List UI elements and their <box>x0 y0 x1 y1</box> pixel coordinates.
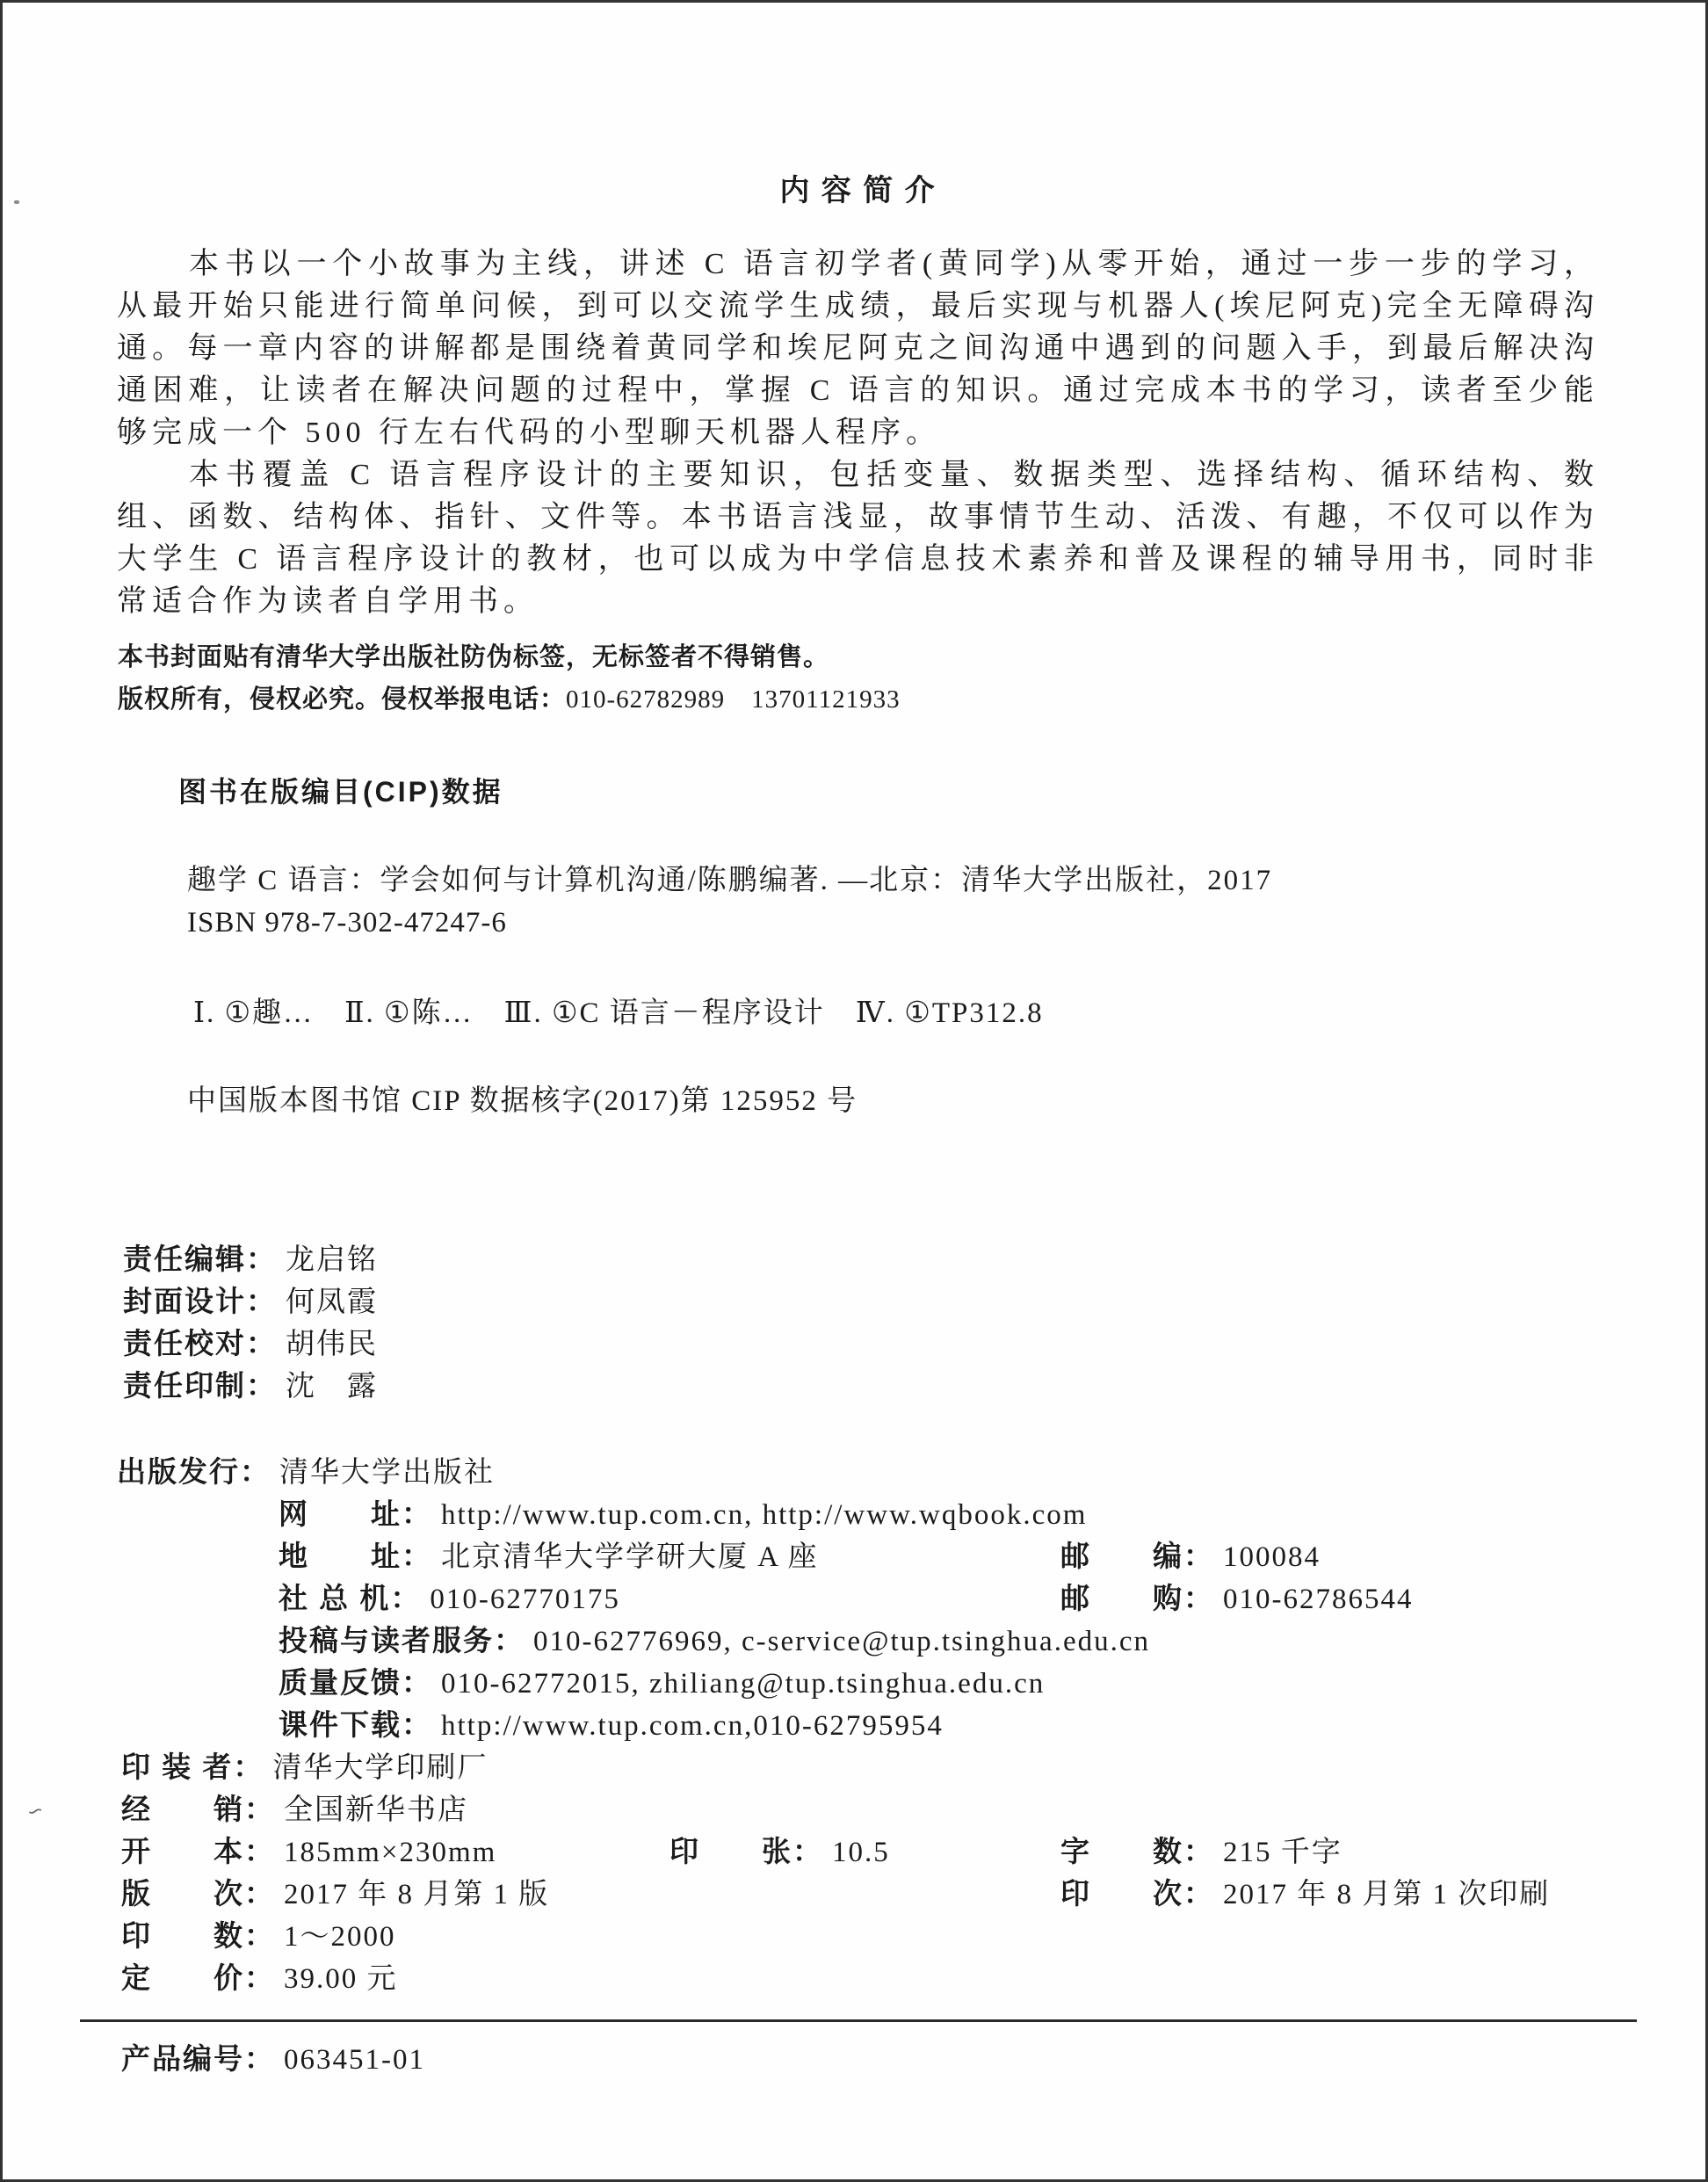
print-run-label: 印 数： <box>121 1919 275 1952</box>
mail-order-phone: 010-62786544 <box>1223 1584 1414 1615</box>
impression-label: 印 次： <box>1060 1877 1214 1910</box>
isbn-number: ISBN 978-7-302-47247-6 <box>187 902 507 944</box>
format-value: 185mm×230mm <box>284 1837 496 1868</box>
editor-label: 责任编辑： <box>123 1243 277 1275</box>
intro-paragraph-2: 本书覆盖 C 语言程序设计的主要知识，包括变量、数据类型、选择结构、循环结构、数… <box>117 454 1599 623</box>
courseware-download-label: 课件下载： <box>279 1708 432 1741</box>
editor-name: 龙启铭 <box>286 1244 378 1276</box>
switchboard-row: 社 总 机：010-62770175 <box>279 1577 620 1620</box>
printed-sheets-value: 10.5 <box>832 1837 890 1868</box>
edition-row: 版 次：2017 年 8 月第 1 版 <box>121 1873 549 1915</box>
credit-row-proofreader: 责任校对：胡伟民 <box>123 1323 378 1365</box>
book-copyright-page: 内 容 简 介 本书以一个小故事为主线，讲述 C 语言初学者(黄同学)从零开始，… <box>0 0 1708 2182</box>
scan-artifact-squiggle: ∽ <box>25 1799 47 1824</box>
printer-row: 印 装 者：清华大学印刷厂 <box>121 1746 488 1788</box>
printed-sheets-row: 印 张：10.5 <box>669 1830 890 1873</box>
cover-design-label: 封面设计： <box>123 1285 277 1317</box>
cip-categories: Ⅰ. ①趣… Ⅱ. ①陈… Ⅲ. ①C 语言－程序设计 Ⅳ. ①TP312.8 <box>193 992 1044 1034</box>
impression-value: 2017 年 8 月第 1 次印刷 <box>1223 1879 1550 1910</box>
address-value: 北京清华大学学研大厦 A 座 <box>441 1541 819 1573</box>
mail-order-row: 邮 购：010-62786544 <box>1060 1577 1414 1620</box>
copyright-notice: 本书封面贴有清华大学出版社防伪标签，无标签者不得销售。 版权所有，侵权必究。侵权… <box>118 636 1600 721</box>
website-urls: http://www.tup.com.cn, http://www.wqbook… <box>441 1499 1087 1531</box>
rights-notice-label: 版权所有，侵权必究。侵权举报电话： <box>118 685 566 714</box>
edition-value: 2017 年 8 月第 1 版 <box>284 1879 549 1910</box>
switchboard-label: 社 总 机： <box>279 1582 421 1614</box>
footer-divider-rule <box>80 2019 1637 2022</box>
distribution-row: 经 销：全国新华书店 <box>121 1788 468 1830</box>
distribution-name: 全国新华书店 <box>284 1794 468 1826</box>
print-supervisor-label: 责任印制： <box>123 1369 277 1402</box>
postcode-row: 邮 编：100084 <box>1060 1535 1321 1577</box>
quality-feedback-contact: 010-62772015, zhiliang@tup.tsinghua.edu.… <box>441 1668 1045 1700</box>
reader-service-contact: 010-62776969, c-service@tup.tsinghua.edu… <box>533 1626 1150 1657</box>
switchboard-phone: 010-62770175 <box>430 1584 620 1615</box>
courseware-download-url: http://www.tup.com.cn,010-62795954 <box>441 1710 944 1742</box>
rights-notice: 版权所有，侵权必究。侵权举报电话：010-62782989 1370112193… <box>118 678 1600 721</box>
website-row: 网 址：http://www.tup.com.cn, http://www.wq… <box>279 1493 1087 1535</box>
credit-row-editor: 责任编辑：龙启铭 <box>123 1238 378 1280</box>
word-count-value: 215 千字 <box>1223 1837 1343 1868</box>
proofreader-name: 胡伟民 <box>286 1329 378 1360</box>
printer-name: 清华大学印刷厂 <box>272 1752 488 1784</box>
quality-feedback-row: 质量反馈：010-62772015, zhiliang@tup.tsinghua… <box>279 1662 1045 1704</box>
reader-service-label: 投稿与读者服务： <box>279 1624 525 1656</box>
printer-label: 印 装 者： <box>121 1751 264 1783</box>
intro-paragraph-1: 本书以一个小故事为主线，讲述 C 语言初学者(黄同学)从零开始，通过一步一步的学… <box>117 243 1599 454</box>
edition-label: 版 次： <box>121 1877 275 1910</box>
cip-heading: 图书在版编目(CIP)数据 <box>178 771 503 813</box>
proofreader-label: 责任校对： <box>123 1327 277 1359</box>
format-label: 开 本： <box>121 1835 275 1867</box>
price-label: 定 价： <box>121 1961 275 1994</box>
publisher-label: 出版发行： <box>117 1455 271 1488</box>
anti-counterfeit-notice: 本书封面贴有清华大学出版社防伪标签，无标签者不得销售。 <box>118 636 1600 678</box>
address-label: 地 址： <box>279 1540 432 1572</box>
cip-title-line: 趣学 C 语言：学会如何与计算机沟通/陈鹏编著. —北京：清华大学出版社，201… <box>187 859 1272 902</box>
courseware-download-row: 课件下载：http://www.tup.com.cn,010-62795954 <box>279 1704 944 1746</box>
word-count-label: 字 数： <box>1060 1835 1214 1867</box>
page-title: 内 容 简 介 <box>117 166 1599 209</box>
product-code-label: 产品编号： <box>121 2042 275 2075</box>
postcode-label: 邮 编： <box>1060 1540 1214 1572</box>
print-supervisor-name: 沈 露 <box>286 1371 378 1403</box>
distribution-label: 经 销： <box>121 1793 275 1825</box>
cover-designer-name: 何凤霞 <box>286 1287 378 1318</box>
credit-row-cover-design: 封面设计：何凤霞 <box>123 1280 378 1323</box>
product-code-value: 063451-01 <box>284 2044 425 2076</box>
address-row: 地 址：北京清华大学学研大厦 A 座 <box>279 1535 819 1577</box>
cip-registry-number: 中国版本图书馆 CIP 数据核字(2017)第 125952 号 <box>187 1080 858 1122</box>
credit-row-print-supervisor: 责任印制：沈 露 <box>123 1365 378 1407</box>
mail-order-label: 邮 购： <box>1060 1582 1214 1614</box>
publisher-row: 出版发行：清华大学出版社 <box>117 1451 495 1493</box>
print-run-value: 1～2000 <box>284 1921 396 1953</box>
format-row: 开 本：185mm×230mm <box>121 1830 496 1873</box>
publisher-name: 清华大学出版社 <box>279 1457 495 1489</box>
price-row: 定 价：39.00 元 <box>121 1957 398 1999</box>
printed-sheets-label: 印 张： <box>669 1835 823 1867</box>
intro-section: 本书以一个小故事为主线，讲述 C 语言初学者(黄同学)从零开始，通过一步一步的学… <box>117 243 1599 623</box>
word-count-row: 字 数：215 千字 <box>1060 1830 1343 1873</box>
product-code-row: 产品编号：063451-01 <box>121 2038 425 2080</box>
print-run-row: 印 数：1～2000 <box>121 1915 396 1957</box>
scan-artifact-dot <box>14 200 19 204</box>
impression-row: 印 次：2017 年 8 月第 1 次印刷 <box>1060 1873 1550 1915</box>
postcode-value: 100084 <box>1223 1541 1321 1573</box>
price-value: 39.00 元 <box>284 1963 398 1995</box>
quality-feedback-label: 质量反馈： <box>279 1666 432 1699</box>
report-phone-numbers: 010-62782989 13701121933 <box>566 685 901 714</box>
reader-service-row: 投稿与读者服务：010-62776969, c-service@tup.tsin… <box>279 1620 1150 1662</box>
website-label: 网 址： <box>279 1497 432 1530</box>
